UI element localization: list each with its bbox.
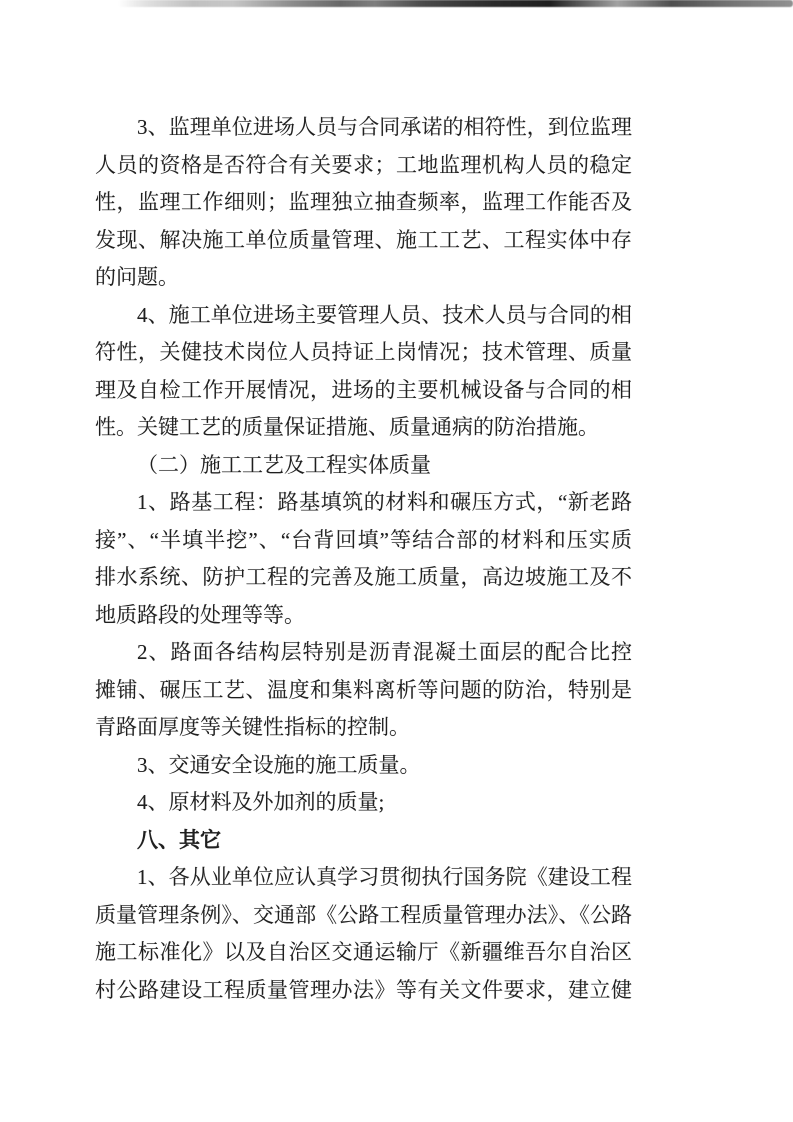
text-line: 1、各从业单位应认真学习贯彻执行国务院《建设工程 bbox=[95, 859, 632, 897]
text-line: 施工标准化》以及自治区交通运输厅《新疆维吾尔自治区农 bbox=[95, 934, 632, 972]
text-line: 理及自检工作开展情况，进场的主要机械设备与合同的相符 bbox=[95, 372, 632, 410]
document-body: 3、监理单位进场人员与合同承诺的相符性，到位监理人员的资格是否符合有关要求；工地… bbox=[95, 109, 632, 1009]
text-line: 接”、“半填半挖”、“台背回填”等结合部的材料和压实质量； bbox=[95, 522, 632, 560]
text-line: 八、其它 bbox=[95, 822, 632, 860]
text-line: 地质路段的处理等等。 bbox=[95, 597, 632, 635]
text-line: 3、监理单位进场人员与合同承诺的相符性，到位监理 bbox=[95, 109, 632, 147]
text-line: 1、路基工程：路基填筑的材料和碾压方式，“新老路搭 bbox=[95, 484, 632, 522]
text-line: 3、交通安全设施的施工质量。 bbox=[95, 747, 632, 785]
text-line: 的问题。 bbox=[95, 259, 632, 297]
text-line: 性。关键工艺的质量保证措施、质量通病的防治措施。 bbox=[95, 409, 632, 447]
text-line: 性，监理工作细则；监理独立抽查频率，监理工作能否及时 bbox=[95, 184, 632, 222]
scan-smear-artifact bbox=[118, 0, 793, 7]
text-line: 2、路面各结构层特别是沥青混凝土面层的配合比控制、 bbox=[95, 634, 632, 672]
text-line: 村公路建设工程质量管理办法》等有关文件要求，建立健全 bbox=[95, 972, 632, 1010]
text-line: 排水系统、防护工程的完善及施工质量，高边坡施工及不良 bbox=[95, 559, 632, 597]
text-line: 4、原材料及外加剂的质量; bbox=[95, 784, 632, 822]
text-line: 青路面厚度等关键性指标的控制。 bbox=[95, 709, 632, 747]
text-line: 符性，关健技术岗位人员持证上岗情况；技术管理、质量管 bbox=[95, 334, 632, 372]
text-line: 发现、解决施工单位质量管理、施工工艺、工程实体中存在 bbox=[95, 222, 632, 260]
text-line: 质量管理条例》、交通部《公路工程质量管理办法》、《公路 bbox=[95, 897, 632, 935]
scanned-document-page: 3、监理单位进场人员与合同承诺的相符性，到位监理人员的资格是否符合有关要求；工地… bbox=[0, 0, 793, 1122]
text-line: 4、施工单位进场主要管理人员、技术人员与合同的相 bbox=[95, 297, 632, 335]
text-line: 摊铺、碾压工艺、温度和集料离析等问题的防治，特别是沥 bbox=[95, 672, 632, 710]
text-line: （二）施工工艺及工程实体质量 bbox=[95, 447, 632, 485]
text-line: 人员的资格是否符合有关要求；工地监理机构人员的稳定 bbox=[95, 147, 632, 185]
